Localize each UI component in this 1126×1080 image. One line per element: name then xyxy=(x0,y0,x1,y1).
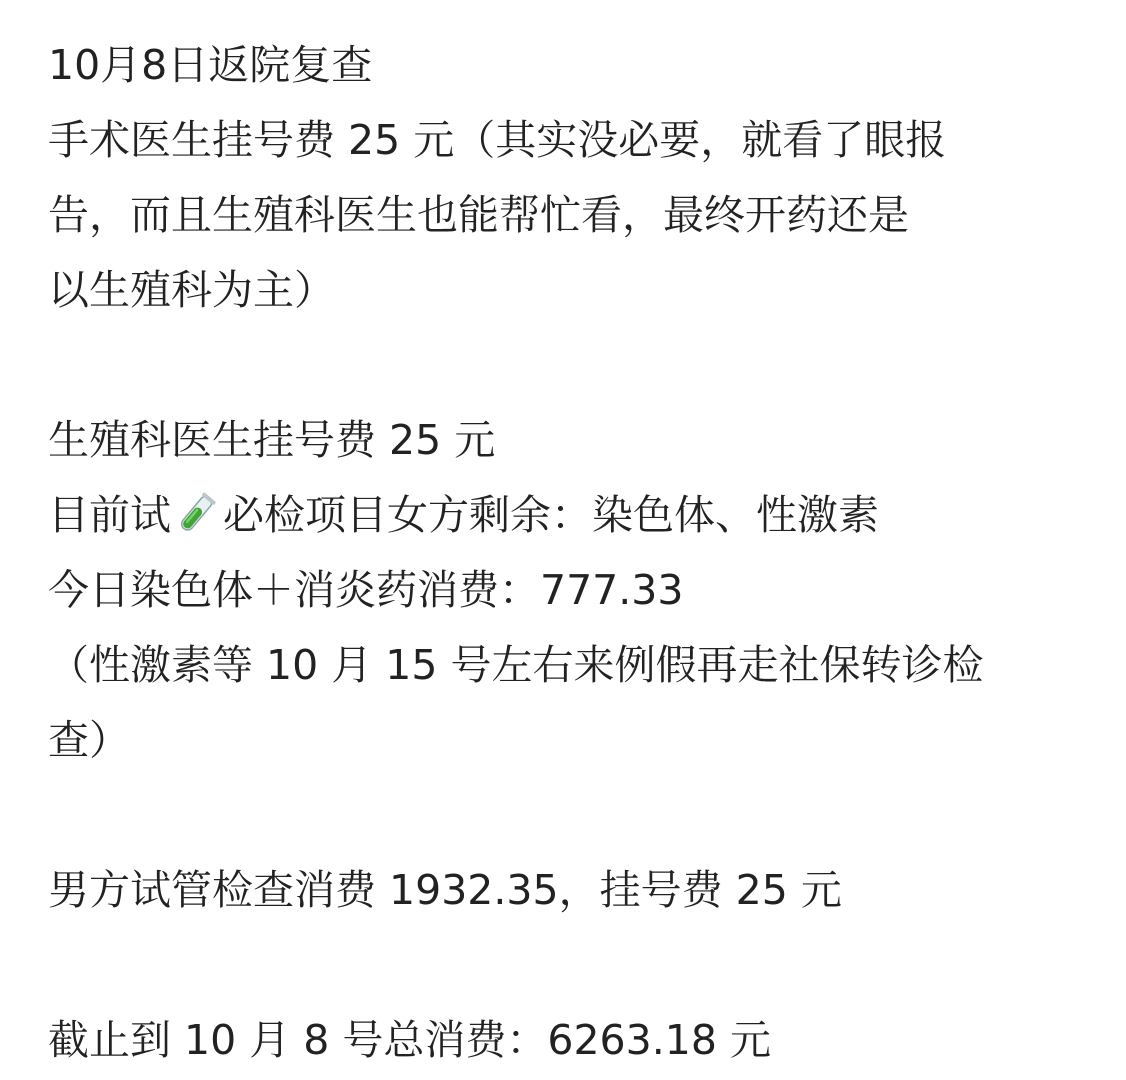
surgeon-fee-line-3: 以生殖科为主） xyxy=(48,253,1088,328)
blank-line xyxy=(48,328,1088,403)
test-tube-icon xyxy=(173,486,219,532)
male-cost: 男方试管检查消费 1932.35，挂号费 25 元 xyxy=(48,853,1088,928)
remaining-tests: 目前试必检项目女方剩余：染色体、性激素 xyxy=(48,478,1088,553)
total-cost: 截止到 10 月 8 号总消费：6263.18 元 xyxy=(48,1003,1088,1078)
post-body: 10月8日返院复查 手术医生挂号费 25 元（其实没必要，就看了眼报 告，而且生… xyxy=(48,28,1088,1078)
post-title: 10月8日返院复查 xyxy=(48,28,1088,103)
repro-fee: 生殖科医生挂号费 25 元 xyxy=(48,403,1088,478)
remaining-prefix: 目前试 xyxy=(48,491,171,539)
blank-line xyxy=(48,928,1088,1003)
hormone-note-line-2: 查） xyxy=(48,703,1088,778)
hormone-note-line-1: （性激素等 10 月 15 号左右来例假再走社保转诊检 xyxy=(48,628,1088,703)
surgeon-fee-line-2: 告，而且生殖科医生也能帮忙看，最终开药还是 xyxy=(48,178,1088,253)
today-cost: 今日染色体＋消炎药消费：777.33 xyxy=(48,553,1088,628)
remaining-suffix: 必检项目女方剩余：染色体、性激素 xyxy=(223,491,879,539)
surgeon-fee-line-1: 手术医生挂号费 25 元（其实没必要，就看了眼报 xyxy=(48,103,1088,178)
blank-line xyxy=(48,778,1088,853)
